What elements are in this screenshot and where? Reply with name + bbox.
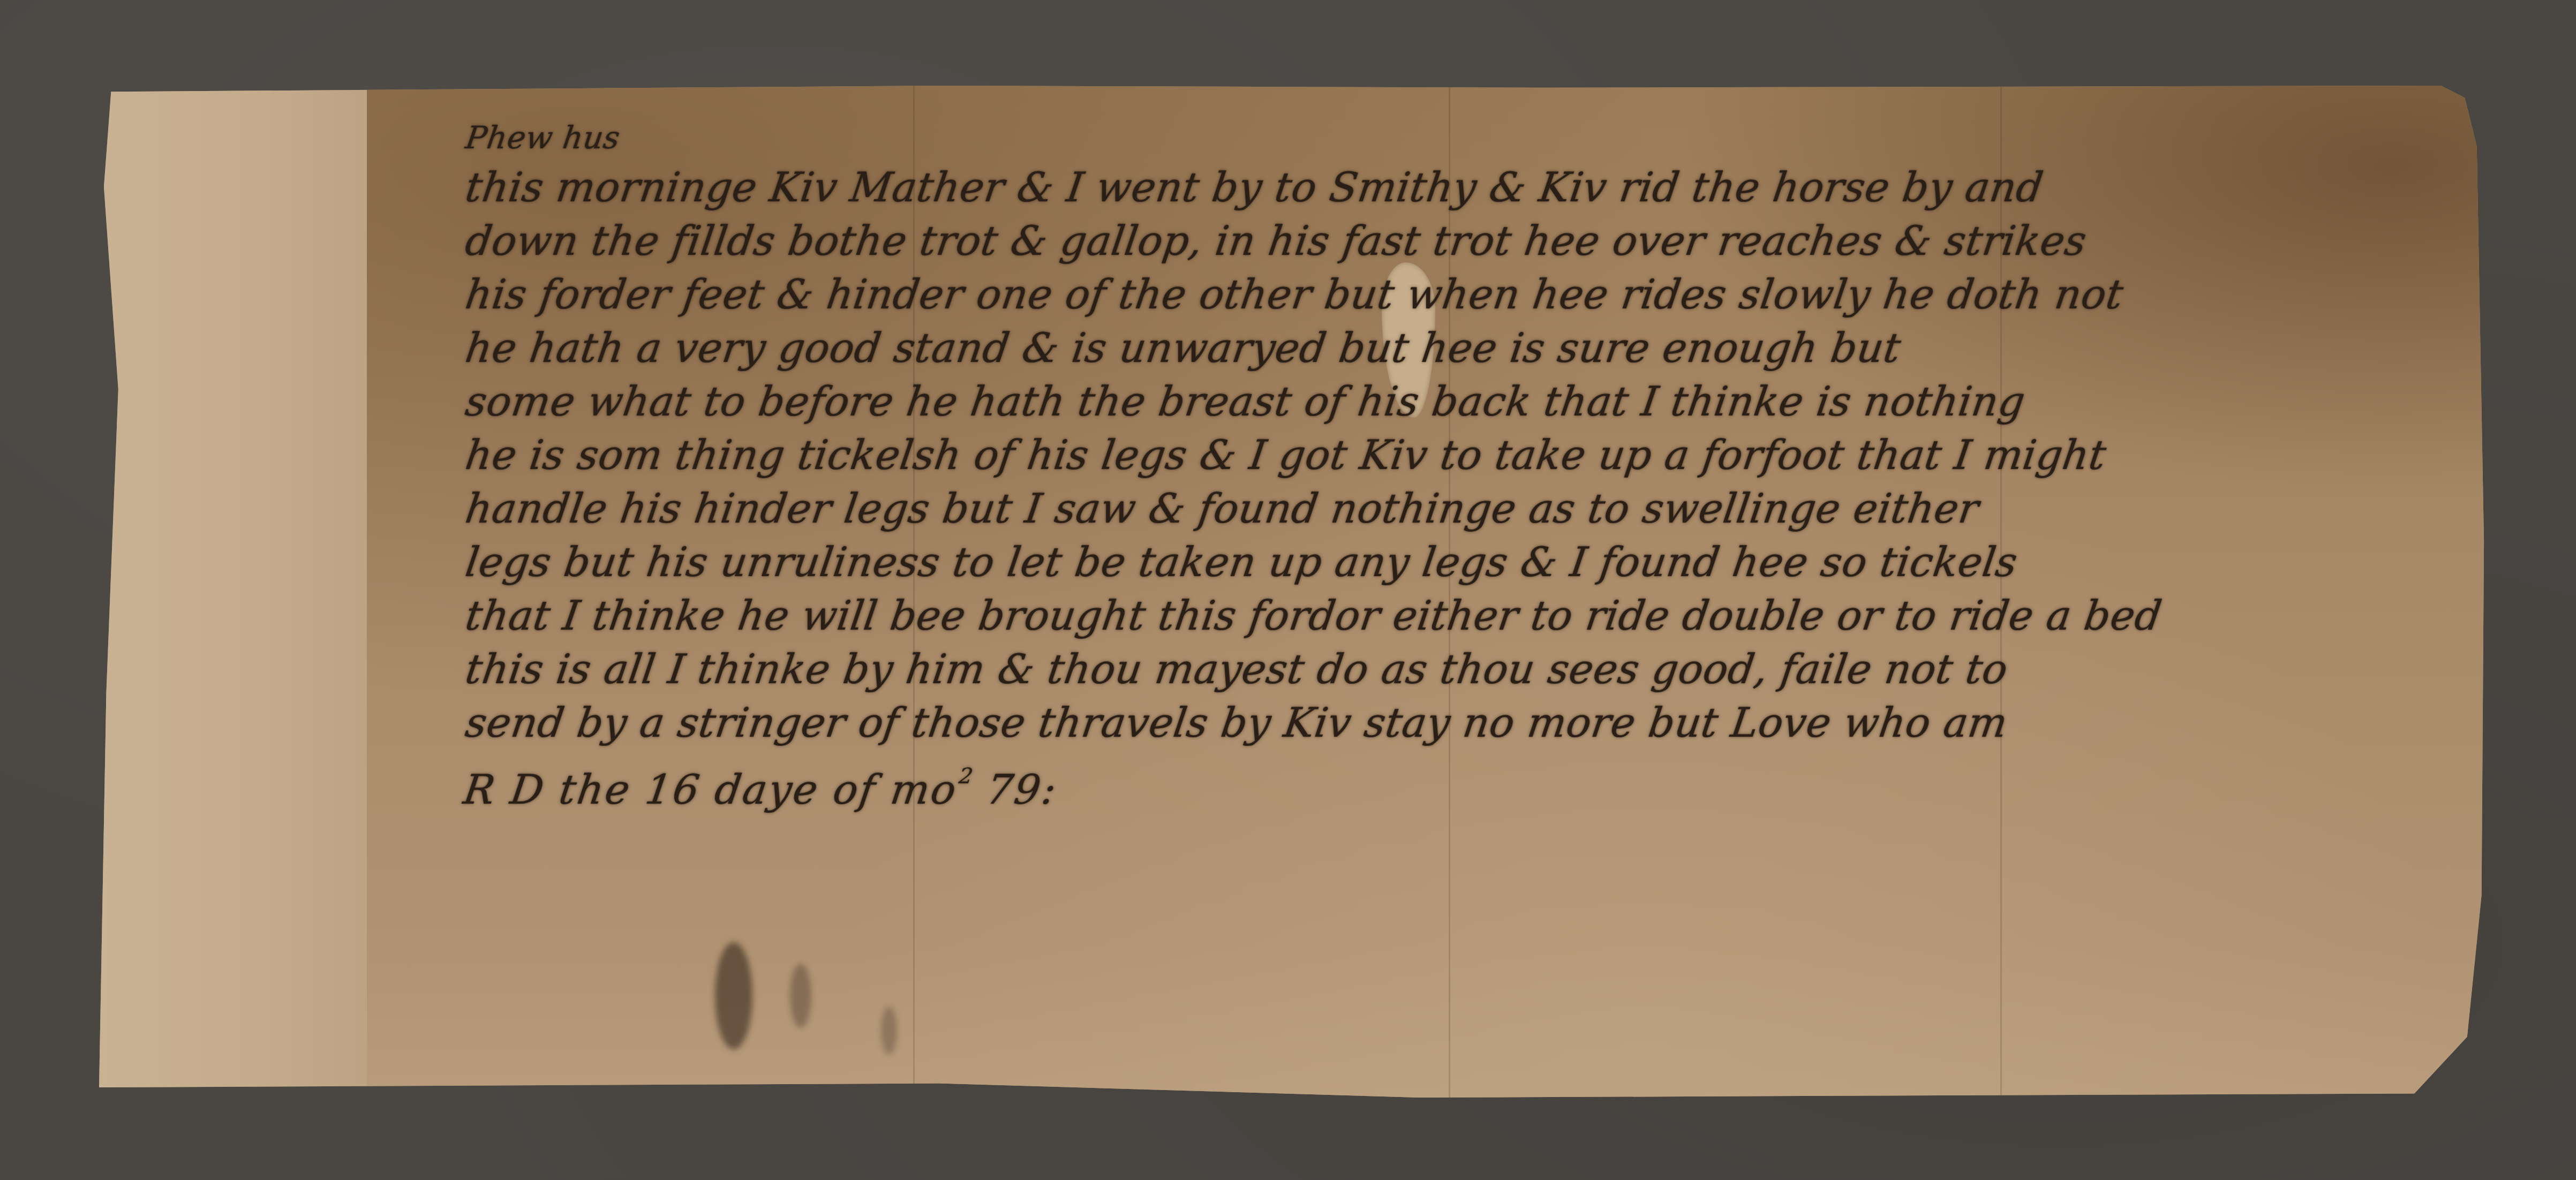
ink-blot: [790, 964, 811, 1028]
month-superscript: 2: [958, 764, 976, 789]
text-line: that I thinke he will bee brought this f…: [462, 589, 2494, 642]
year: 79:: [984, 766, 1061, 813]
text-line: handle his hinder legs but I saw & found…: [462, 482, 2494, 535]
text-line: he is som thing tickelsh of his legs & I…: [462, 428, 2494, 482]
salutation: Phew hus: [463, 115, 2494, 161]
text-line: some what to before he hath the breast o…: [462, 375, 2494, 428]
signoff-line: R D the 16 daye of mo2 79:: [462, 750, 2494, 803]
text-line: this morninge Kiv Mather & I went by to …: [462, 161, 2494, 214]
signature-initials: R D: [461, 766, 548, 813]
text-line: he hath a very good stand & is unwaryed …: [462, 321, 2494, 375]
text-line: send by a stringer of those thravels by …: [462, 696, 2494, 750]
ink-blot: [881, 1007, 897, 1055]
text-line: his forder feet & hinder one of the othe…: [462, 268, 2494, 321]
text-line: this is all I thinke by him & thou mayes…: [462, 642, 2494, 696]
date-text: the 16 daye of: [556, 766, 880, 813]
left-margin-strip: [99, 86, 367, 1098]
handwritten-text: Phew hus this morninge Kiv Mather & I we…: [466, 115, 2490, 803]
text-line: down the fillds bothe trot & gallop, in …: [462, 214, 2494, 268]
ink-blot: [715, 942, 752, 1049]
month-abbr: mo: [887, 766, 960, 813]
text-line: legs but his unruliness to let be taken …: [462, 535, 2494, 589]
